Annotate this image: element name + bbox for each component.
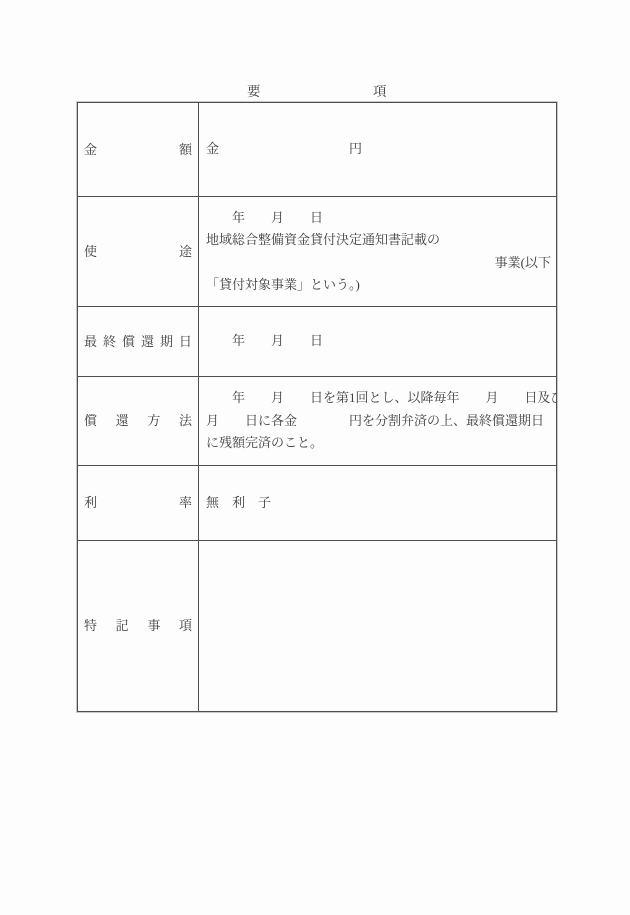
special-notes-label-cell: 特記事項: [78, 541, 199, 711]
final-repayment-label-cell: 最終償還期日: [78, 307, 199, 376]
purpose-value-cell: 年 月 日 地域総合整備資金貸付決定通知書記載の 事業(以下 「貸付対象事業」と…: [199, 197, 556, 306]
amount-value-cell: 金 円: [199, 103, 556, 196]
row-repayment-method: 償還方法 年 月 日を第1回とし、以降毎年 月 日及び 月 日に各金 円を分割弁…: [78, 377, 556, 466]
purpose-notice-line: 地域総合整備資金貸付決定通知書記載の: [206, 229, 551, 252]
repayment-method-line-2: 月 日に各金 円を分割弁済の上、最終償還期日: [206, 410, 551, 433]
row-purpose: 使途 年 月 日 地域総合整備資金貸付決定通知書記載の 事業(以下 「貸付対象事…: [78, 197, 556, 307]
interest-rate-value-cell: 無 利 子: [199, 466, 556, 540]
row-interest-rate: 利率 無 利 子: [78, 466, 556, 541]
purpose-project-line: 事業(以下: [206, 252, 551, 275]
final-repayment-value-cell: 年 月 日: [199, 307, 556, 376]
final-repayment-date-line: 年 月 日: [206, 330, 551, 353]
special-notes-value-cell: [199, 541, 556, 711]
purpose-date-line: 年 月 日: [206, 207, 551, 230]
repayment-method-label-cell: 償還方法: [78, 377, 199, 465]
repayment-method-line-3: に残額完済のこと。: [206, 432, 551, 455]
repayment-method-label: 償還方法: [84, 413, 192, 429]
amount-label: 金額: [84, 142, 192, 158]
purpose-label: 使途: [84, 244, 192, 260]
row-amount: 金額 金 円: [78, 103, 556, 197]
document-page: 要 項 金額 金 円 使途 年 月 日 地域総合整備資金貸付決定通知書記載の 事…: [0, 0, 630, 915]
special-notes-label: 特記事項: [84, 618, 192, 634]
interest-rate-value-line: 無 利 子: [206, 492, 551, 515]
row-special-notes: 特記事項: [78, 541, 556, 711]
amount-label-cell: 金額: [78, 103, 199, 196]
row-final-repayment-date: 最終償還期日 年 月 日: [78, 307, 556, 377]
terms-table: 金額 金 円 使途 年 月 日 地域総合整備資金貸付決定通知書記載の 事業(以下…: [77, 102, 557, 712]
page-title: 要 項: [77, 83, 557, 100]
repayment-method-value-cell: 年 月 日を第1回とし、以降毎年 月 日及び 月 日に各金 円を分割弁済の上、最…: [199, 377, 556, 465]
amount-blank-line: 金 円: [206, 138, 551, 161]
purpose-label-cell: 使途: [78, 197, 199, 306]
final-repayment-label: 最終償還期日: [84, 334, 192, 350]
interest-rate-label: 利率: [84, 495, 192, 511]
repayment-method-line-1: 年 月 日を第1回とし、以降毎年 月 日及び: [206, 387, 551, 410]
purpose-definition-line: 「貸付対象事業」という。): [206, 274, 551, 297]
interest-rate-label-cell: 利率: [78, 466, 199, 540]
